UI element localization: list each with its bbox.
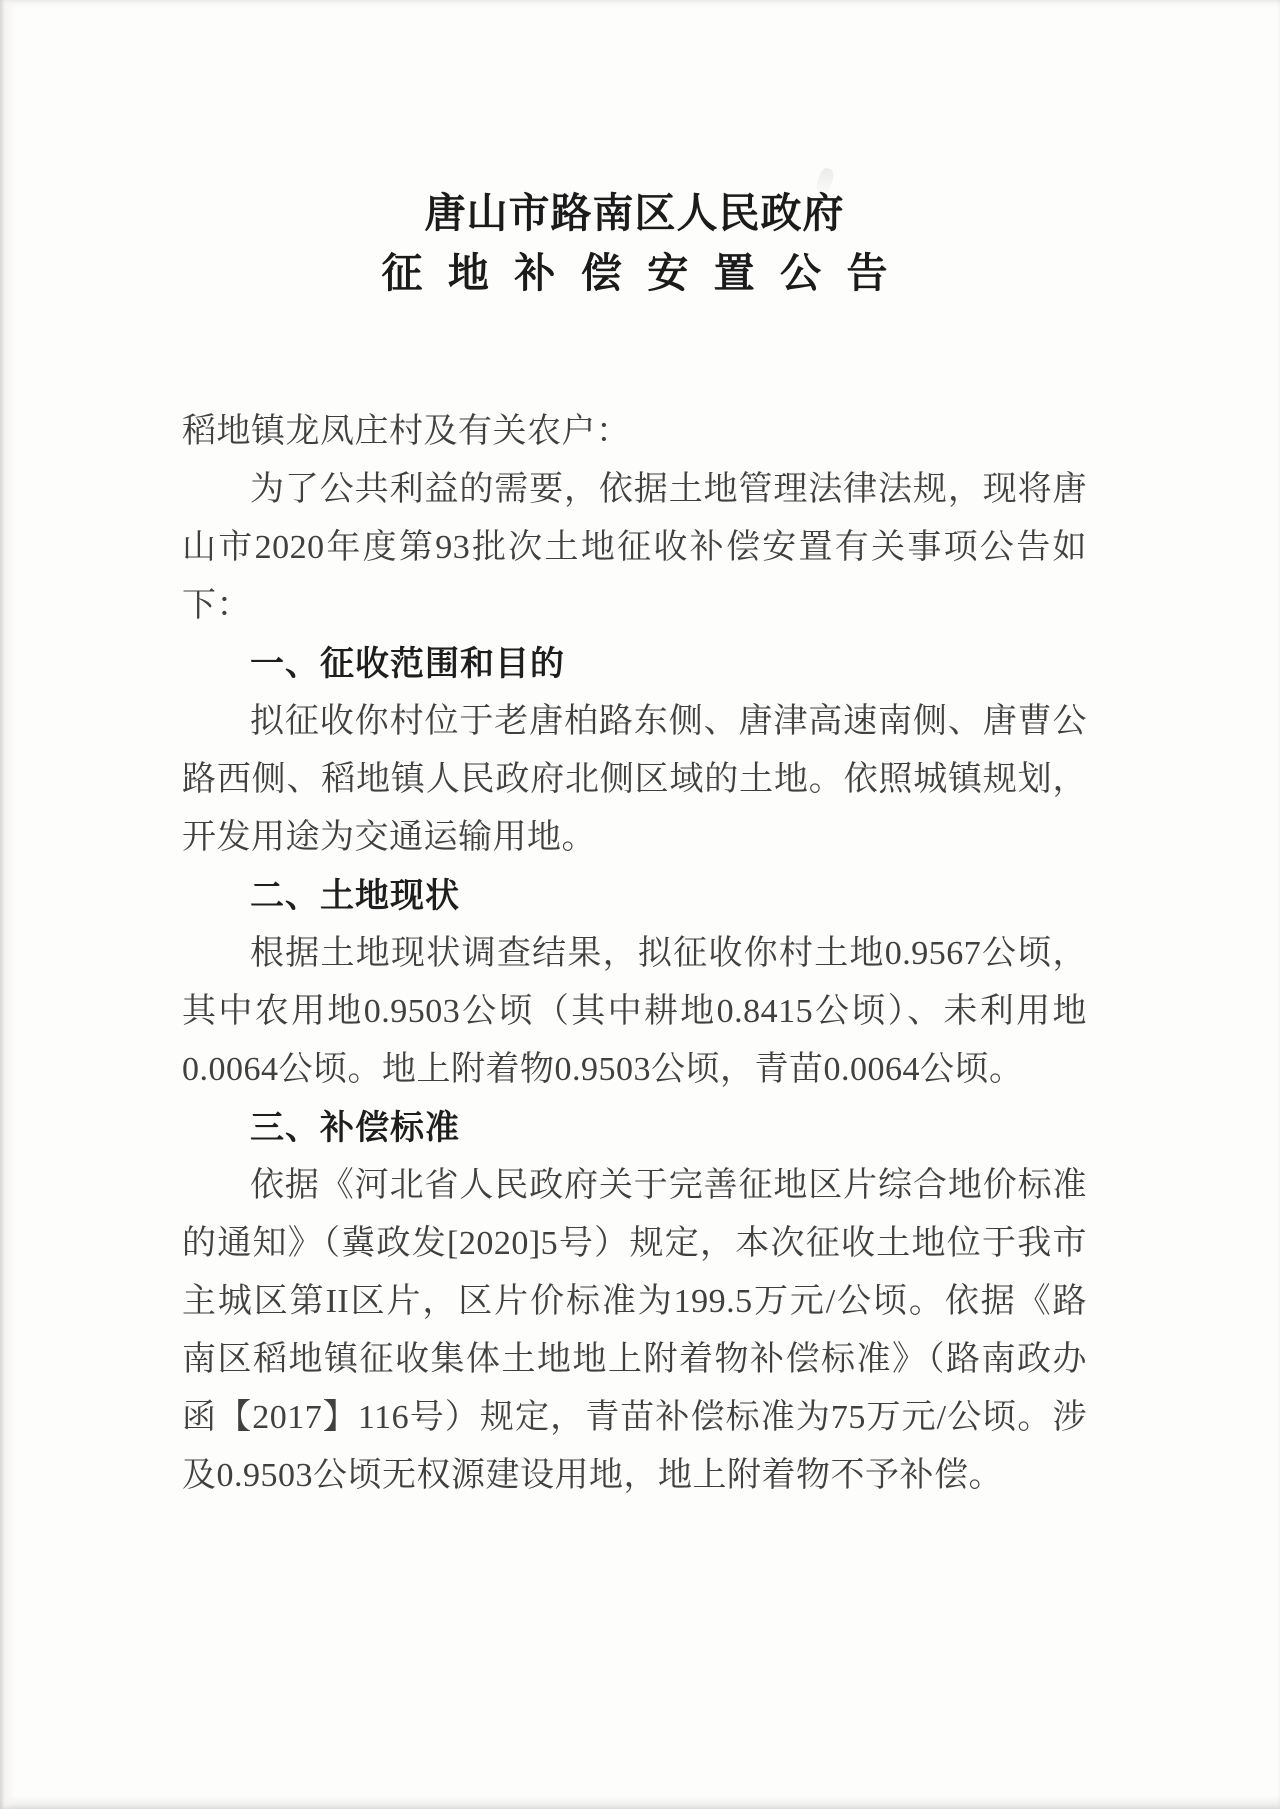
section-2-paragraph: 根据土地现状调查结果，拟征收你村土地0.9567公顷，其中农用地0.9503公顷…	[182, 925, 1087, 1099]
document-body: 唐山市路南区人民政府 征地补偿安置公告 稻地镇龙凤庄村及有关农户： 为了公共利益…	[182, 0, 1087, 1505]
scanned-document-page: 唐山市路南区人民政府 征地补偿安置公告 稻地镇龙凤庄村及有关农户： 为了公共利益…	[0, 0, 1280, 1809]
salutation-line: 稻地镇龙凤庄村及有关农户：	[182, 403, 1087, 461]
document-title-line2: 征地补偿安置公告	[182, 243, 1087, 303]
section-2-heading: 二、土地现状	[182, 867, 1087, 925]
section-3-paragraph: 依据《河北省人民政府关于完善征地区片综合地价标准的通知》（冀政发[2020]5号…	[182, 1157, 1087, 1505]
section-3-heading: 三、补偿标准	[182, 1099, 1087, 1157]
document-title: 唐山市路南区人民政府 征地补偿安置公告	[182, 183, 1087, 303]
section-1-paragraph: 拟征收你村位于老唐柏路东侧、唐津高速南侧、唐曹公路西侧、稻地镇人民政府北侧区域的…	[182, 693, 1087, 867]
document-title-line1: 唐山市路南区人民政府	[182, 183, 1087, 243]
intro-paragraph: 为了公共利益的需要，依据土地管理法律法规，现将唐山市2020年度第93批次土地征…	[182, 461, 1087, 635]
document-text: 稻地镇龙凤庄村及有关农户： 为了公共利益的需要，依据土地管理法律法规，现将唐山市…	[182, 403, 1087, 1505]
section-1-heading: 一、征收范围和目的	[182, 635, 1087, 693]
